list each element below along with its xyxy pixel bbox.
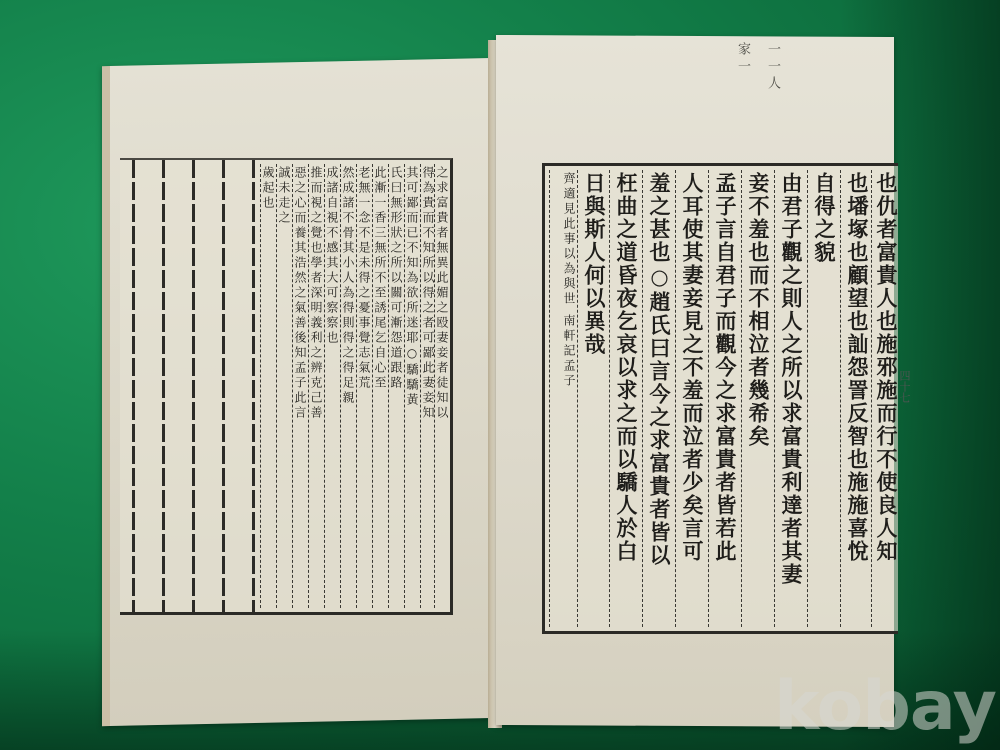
text-column: 日與斯人何以異哉 (577, 170, 608, 627)
right-print-block: 齊適見此事以為與世 南軒記孟子 日與斯人何以異哉 枉曲之道昏夜乞哀以求之而以驕人… (542, 163, 898, 634)
text-column: 由君子觀之則人之所以求富貴利達者其妻 (774, 170, 805, 627)
text-column: 羞之甚也○趙氏曰言今之求富貴者皆以 (642, 170, 673, 627)
text-column: 惡之心而養其浩然之氣善後知孟子此言 (292, 164, 307, 608)
text-column: 成諸自視不感其大可察察也 (324, 164, 339, 608)
text-column: 之求富貴者無異此媚之殴妻妾者徒知以 (434, 164, 449, 608)
text-column: 妾不羞也而不相泣者幾希矣 (741, 170, 772, 627)
text-column: 人耳使其妻妾見之不羞而泣者少矣言可 (675, 170, 706, 627)
text-column: 枉曲之道昏夜乞哀以求之而以驕人於白 (609, 170, 640, 627)
handwritten-note-1: 家一 (733, 42, 752, 76)
handwritten-note-2: 一一人 (763, 42, 782, 93)
text-column: 得為貴而不知所以得之者可鄙此妻妾知 (420, 164, 435, 608)
text-column: 推而視之覺也學者深明義利之辨克己善 (308, 164, 323, 608)
blank-rule-line (192, 160, 195, 612)
text-column: 歲起也 (260, 164, 275, 608)
text-column: 然成諸不骨其小人為得則得之得足親 (340, 164, 355, 608)
note-column: 齊適見此事以為與世 南軒記孟子 (549, 170, 576, 627)
blank-rule-line (132, 160, 135, 612)
blank-rule-line (162, 160, 165, 612)
blank-rule-line (222, 160, 225, 612)
text-column: 此漸一香三無所不至誘尾乞自心至 (372, 164, 387, 608)
left-print-block: 歲起也 誠未走之 惡之心而養其浩然之氣善後知孟子此言 推而視之覺也學者深明義利之… (120, 158, 453, 615)
text-column: 也墦塚也顧望也訕怨詈反智也施施喜悅 (840, 170, 871, 627)
text-column: 誠未走之 (276, 164, 291, 608)
text-column: 氏曰無形狀之所以關可漸怨道跟路 (388, 164, 403, 608)
blank-rule-line (252, 160, 255, 612)
text-column: 自得之貌 (807, 170, 838, 627)
text-column: 孟子言自君子而觀今之求富貴者皆若此 (708, 170, 739, 627)
text-column: 老無一念不是未得之憂事覺志氣荒 (356, 164, 371, 608)
kobay-watermark: kobay (774, 667, 996, 746)
margin-page-note: 四十七 (896, 370, 912, 403)
text-column: 其可鄙而已不知為欲所迷耶○驕驕黃 (404, 164, 419, 608)
